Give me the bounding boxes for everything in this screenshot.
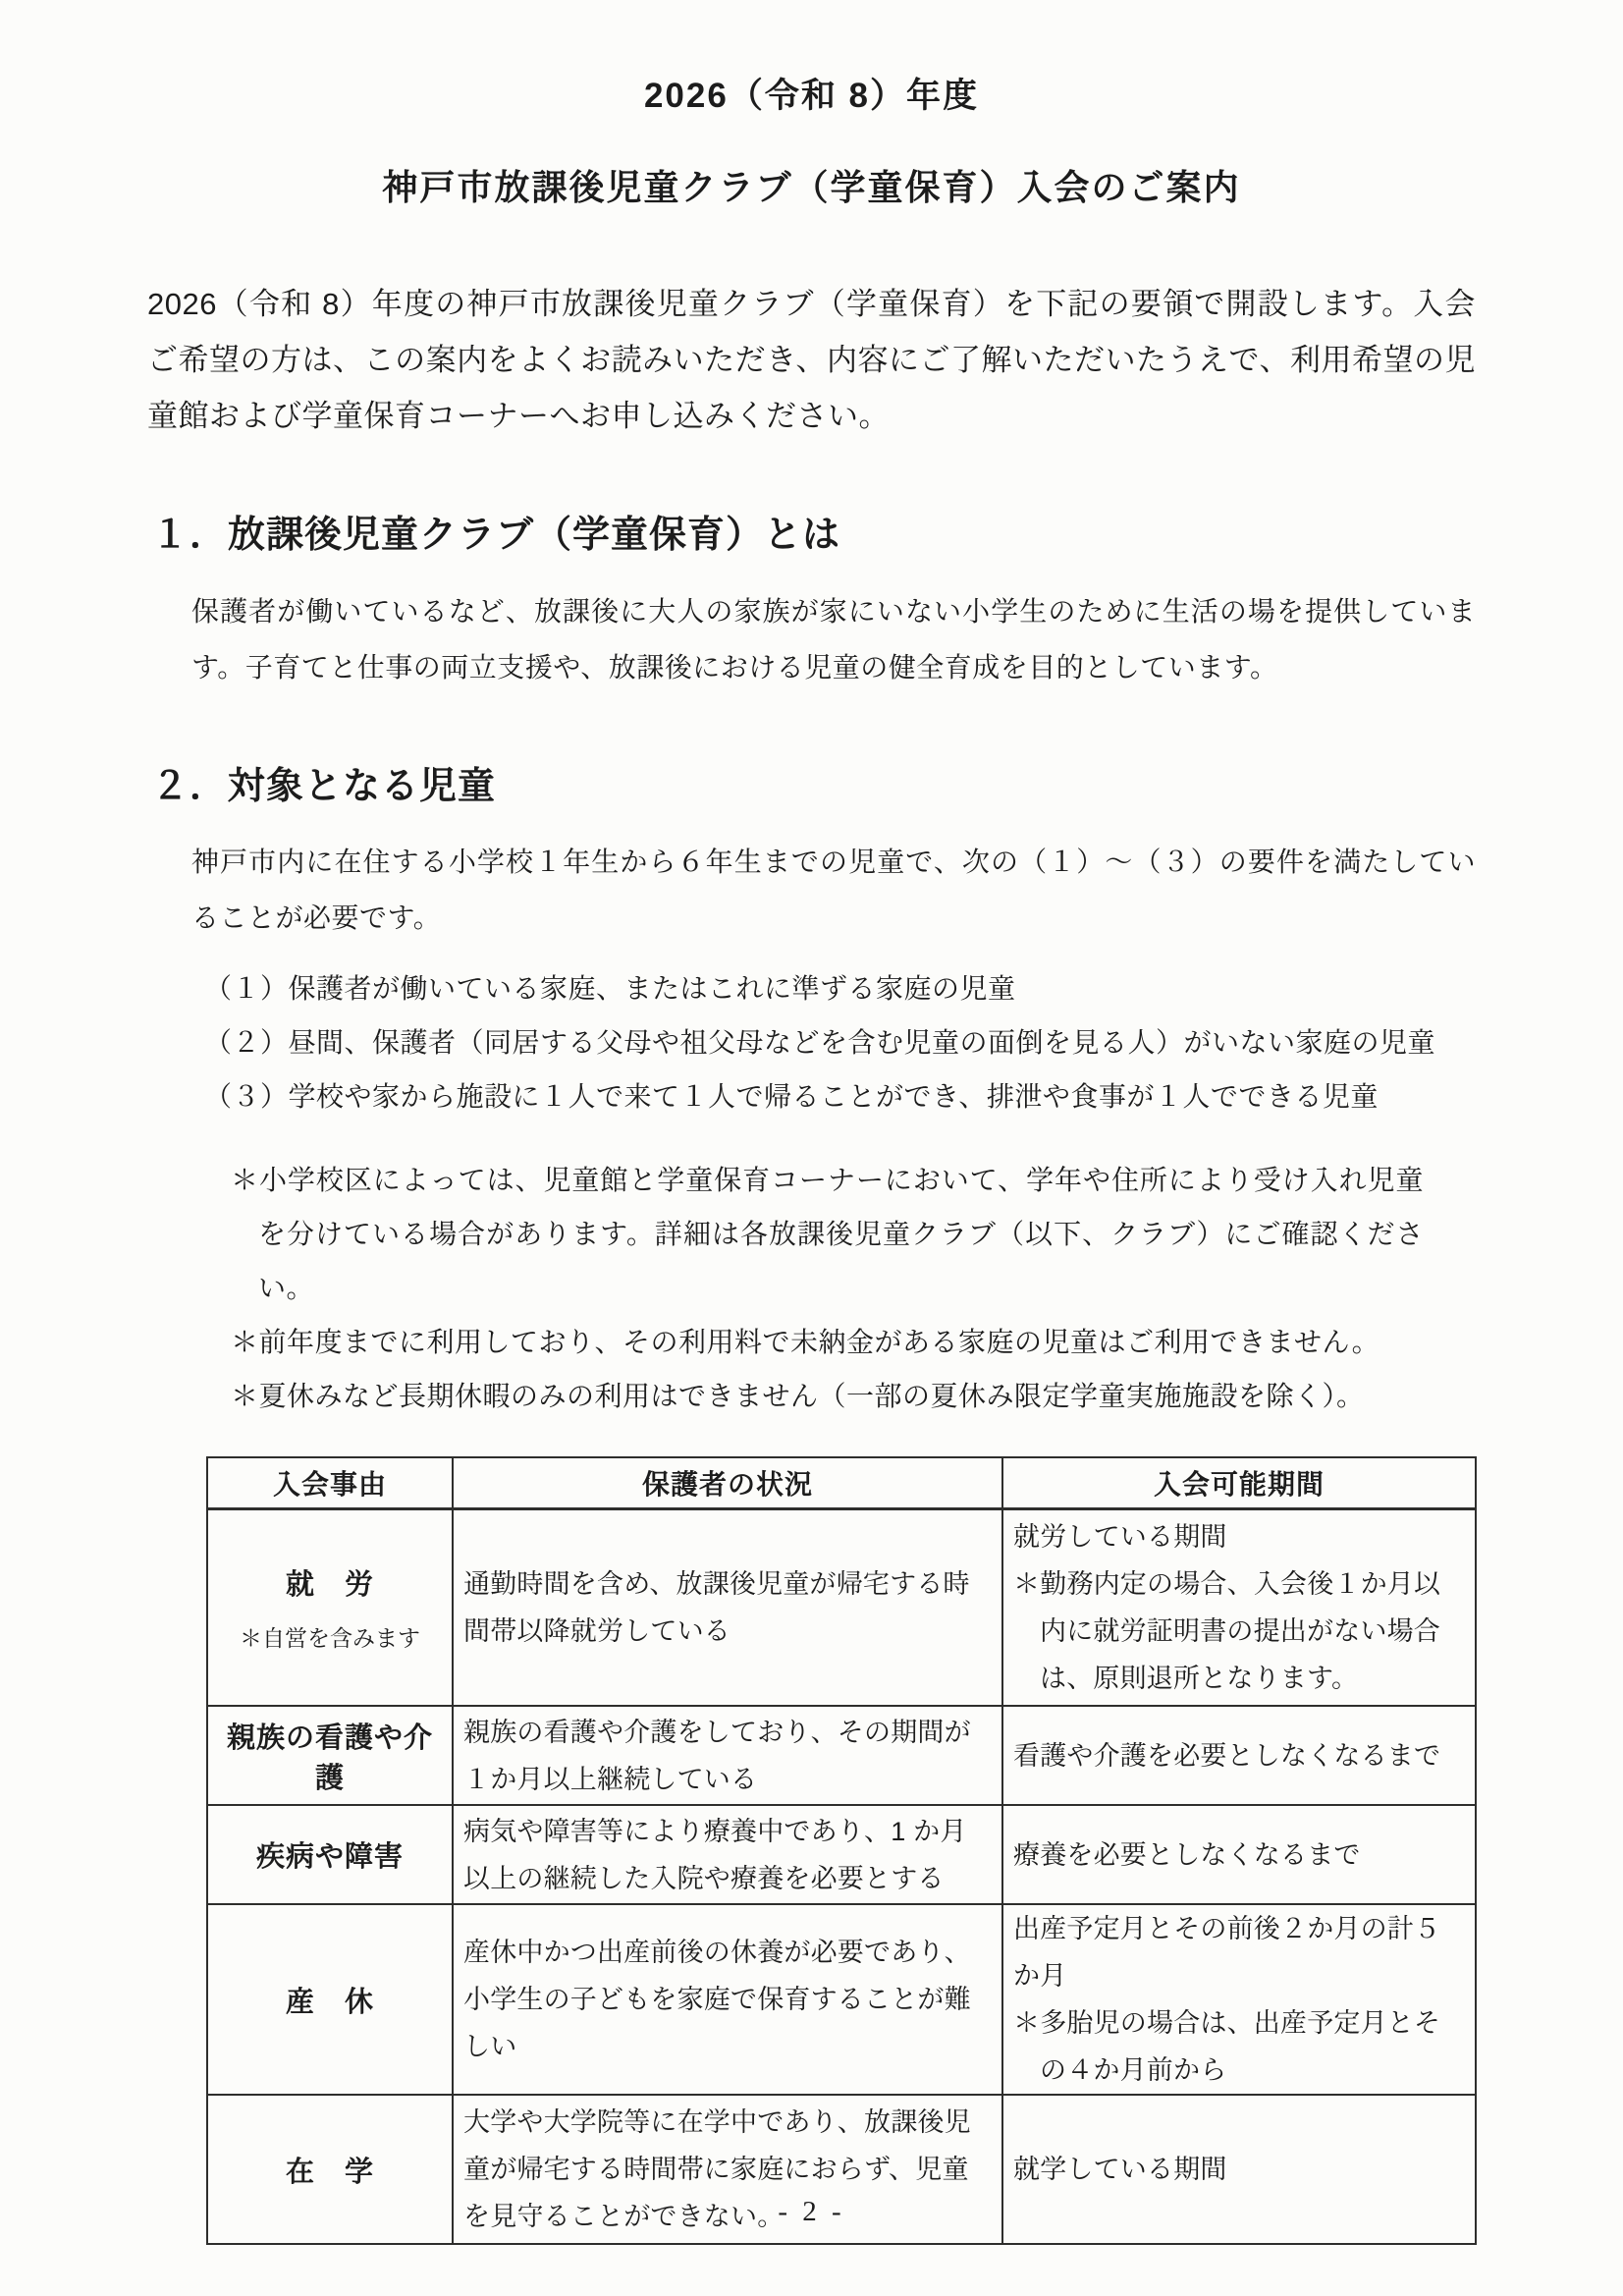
eligibility-table: 入会事由 保護者の状況 入会可能期間 就 労 ＊自営を含みます 通勤時間を含め、… (206, 1456, 1477, 2245)
table-row-work: 就 労 ＊自営を含みます 通勤時間を含め、放課後児童が帰宅する時間帯以降就労して… (207, 1509, 1476, 1707)
period-main: 看護や介護を必要としなくなるまで (1013, 1732, 1465, 1779)
reason-cell: 疾病や障害 (207, 1805, 453, 1904)
requirement-list: （１）保護者が働いている家庭、またはこれに準ずる家庭の児童 （２）昼間、保護者（… (204, 961, 1476, 1123)
doc-title-year: 2026（令和 8）年度 (147, 79, 1476, 113)
section-1-body: 保護者が働いているなど、放課後に大人の家族が家にいない小学生のために生活の場を提… (191, 583, 1476, 695)
table-row-nursing-care: 親族の看護や介護 親族の看護や介護をしており、その期間が１か月以上継続している … (207, 1706, 1476, 1805)
column-header-guardian-status: 保護者の状況 (453, 1457, 1002, 1509)
requirement-item-2: （２）昼間、保護者（同居する父母や祖父母などを含む児童の面倒を見る人）がいない家… (204, 1015, 1476, 1069)
requirement-item-3: （３）学校や家から施設に１人で来て１人で帰ることができ、排泄や食事が１人でできる… (204, 1069, 1476, 1123)
period-main: 就学している期間 (1013, 2146, 1465, 2193)
status-cell: 病気や障害等により療養中であり、1 か月以上の継続した入院や療養を必要とする (453, 1805, 1002, 1904)
document-header: 2026（令和 8）年度 神戸市放課後児童クラブ（学童保育）入会のご案内 (147, 0, 1476, 205)
reason-cell: 産 休 (207, 1904, 453, 2095)
reason-label: 親族の看護や介護 (218, 1716, 442, 1796)
reason-label: 就 労 (218, 1562, 442, 1603)
doc-title-main: 神戸市放課後児童クラブ（学童保育）入会のご案内 (147, 170, 1476, 205)
table-row-illness-disability: 疾病や障害 病気や障害等により療養中であり、1 か月以上の継続した入院や療養を必… (207, 1805, 1476, 1904)
period-main: 就労している期間 (1013, 1513, 1465, 1560)
reason-label: 疾病や障害 (218, 1834, 442, 1875)
section-1: １．放課後児童クラブ（学童保育）とは 保護者が働いているなど、放課後に大人の家族… (147, 515, 1476, 695)
section-2-heading: ２．対象となる児童 (151, 766, 1476, 809)
status-cell: 産休中かつ出産前後の休養が必要であり、小学生の子どもを家庭で保育することが難しい (453, 1904, 1002, 2095)
period-cell: 看護や介護を必要としなくなるまで (1002, 1706, 1476, 1805)
column-header-reason: 入会事由 (207, 1457, 453, 1509)
table-row-maternity-leave: 産 休 産休中かつ出産前後の休養が必要であり、小学生の子どもを家庭で保育すること… (207, 1904, 1476, 2095)
reason-label: 在 学 (218, 2150, 442, 2190)
period-cell: 就労している期間 ＊勤務内定の場合、入会後１か月以内に就労証明書の提出がない場合… (1002, 1509, 1476, 1707)
note-item-3: ＊夏休みなど長期休暇のみの利用はできません（一部の夏休み限定学童実施施設を除く）… (231, 1369, 1424, 1423)
note-item-2: ＊前年度までに利用しており、その利用料で未納金がある家庭の児童はご利用できません… (231, 1315, 1424, 1369)
reason-cell: 親族の看護や介護 (207, 1706, 453, 1805)
table-header-row: 入会事由 保護者の状況 入会可能期間 (207, 1457, 1476, 1509)
status-cell: 親族の看護や介護をしており、その期間が１か月以上継続している (453, 1706, 1002, 1805)
requirement-item-1: （１）保護者が働いている家庭、またはこれに準ずる家庭の児童 (204, 961, 1476, 1015)
period-cell: 療養を必要としなくなるまで (1002, 1805, 1476, 1904)
reason-cell: 就 労 ＊自営を含みます (207, 1509, 453, 1707)
period-cell: 出産予定月とその前後２か月の計５か月 ＊多胎児の場合は、出産予定月とその４か月前… (1002, 1904, 1476, 2095)
column-header-eligible-period: 入会可能期間 (1002, 1457, 1476, 1509)
section-2-body: 神戸市内に在住する小学校１年生から６年生までの児童で、次の（１）～（３）の要件を… (191, 834, 1476, 946)
period-main: 療養を必要としなくなるまで (1013, 1831, 1465, 1879)
reason-note: ＊自営を含みます (218, 1620, 442, 1653)
section-2: ２．対象となる児童 神戸市内に在住する小学校１年生から６年生までの児童で、次の（… (147, 766, 1476, 1424)
status-cell: 通勤時間を含め、放課後児童が帰宅する時間帯以降就労している (453, 1509, 1002, 1707)
section-1-heading: １．放課後児童クラブ（学童保育）とは (151, 515, 1476, 558)
note-item-1: ＊小学校区によっては、児童館と学童保育コーナーにおいて、学年や住所により受け入れ… (231, 1153, 1424, 1315)
intro-paragraph: 2026（令和 8）年度の神戸市放課後児童クラブ（学童保育）を下記の要領で開設し… (147, 276, 1476, 444)
notes-block: ＊小学校区によっては、児童館と学童保育コーナーにおいて、学年や住所により受け入れ… (231, 1153, 1424, 1423)
page-number: - 2 - (0, 2196, 1623, 2228)
period-note: ＊勤務内定の場合、入会後１か月以内に就労証明書の提出がない場合は、原則退所となり… (1013, 1560, 1465, 1702)
period-main: 出産予定月とその前後２か月の計５か月 (1013, 1905, 1465, 1999)
document-page: 2026（令和 8）年度 神戸市放課後児童クラブ（学童保育）入会のご案内 202… (0, 0, 1623, 2296)
reason-label: 産 休 (218, 1980, 442, 2020)
period-note: ＊多胎児の場合は、出産予定月とその４か月前から (1013, 1999, 1465, 2094)
